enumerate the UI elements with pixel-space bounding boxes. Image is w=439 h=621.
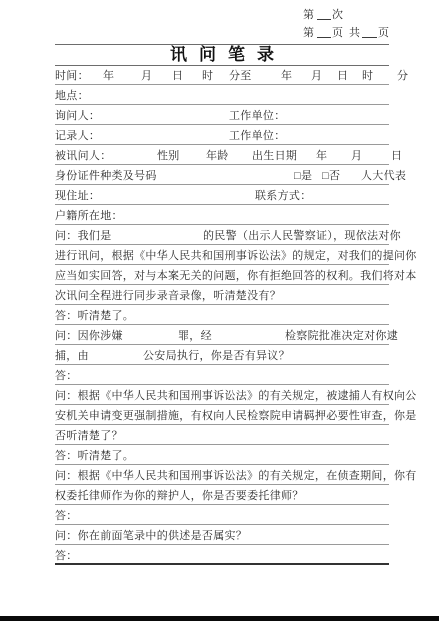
text-segment: 出生日期 <box>252 151 297 162</box>
field-label: 时间： <box>55 71 89 82</box>
question-2-line-1: 问：因你涉嫌罪，经检察院批准决定对你逮 <box>0 325 439 345</box>
text-segment: 分至 <box>229 71 252 82</box>
field-label: 现住址： <box>55 191 100 202</box>
text-segment: 日 <box>391 151 402 162</box>
field-label: 工作单位： <box>229 131 286 142</box>
recorder-row: 记录人：工作单位： <box>0 125 439 145</box>
page-count-line: 第页共页 <box>0 24 439 40</box>
question-1-line-3: 应当如实回答，对与本案无关的问题，你有拒绝回答的权利。我们将对本 <box>0 265 439 285</box>
question-3-line-1: 问：根据《中华人民共和国刑事诉讼法》的有关规定，被逮捕人有权向公 <box>0 385 439 405</box>
field-label: 记录人： <box>55 131 100 142</box>
document-title: 讯问笔录 <box>55 45 389 64</box>
text-segment: 问：根据《中华人民共和国刑事诉讼法》的有关规定，被逮捕人有权向公 <box>55 391 417 402</box>
question-2-line-2: 捕，由公安局执行，你是否有异议？ <box>0 345 439 365</box>
question-1-line-4: 次讯问全程进行同步录音录像，听清楚没有？ <box>0 285 439 305</box>
text-segment: 第 <box>303 28 314 39</box>
text-segment: 答：听清楚了。 <box>55 311 134 322</box>
screenshot-bottom-edge <box>0 616 439 621</box>
question-3-line-3: 否听清楚了？ <box>0 425 439 445</box>
text-segment: 年龄 <box>206 151 229 162</box>
text-segment: 次 <box>332 10 343 21</box>
text-segment: 问：你在前面笔录中的供述是否属实？ <box>55 531 247 542</box>
form-end-rule <box>55 563 389 565</box>
address-row: 现住址：联系方式： <box>0 185 439 205</box>
id-document-row: 身份证件种类及号码□是□否人大代表 <box>0 165 439 185</box>
question-1-line-2: 进行讯问，根据《中华人民共和国刑事诉讼法》的规定，对我们的提问你 <box>0 245 439 265</box>
text-segment: 第 <box>303 10 314 21</box>
field-label: 工作单位： <box>229 111 286 122</box>
text-segment: 捕，由 <box>55 351 89 362</box>
answer-3-row: 答：听清楚了。 <box>0 445 439 465</box>
text-segment: 页 <box>332 28 343 39</box>
text-segment: 月 <box>351 151 362 162</box>
text-segment: 日 <box>172 71 183 82</box>
field-label: 联系方式： <box>255 191 312 202</box>
text-segment: 权委托律师作为你的辩护人，你是否要委托律师？ <box>55 491 304 502</box>
question-4-line-1: 问：根据《中华人民共和国刑事诉讼法》的有关规定，在侦查期间，你有 <box>0 465 439 485</box>
text-segment: 的民警（出示人民警察证），现依法对你 <box>203 231 401 242</box>
text-segment: 月 <box>141 71 152 82</box>
text-segment: 否听清楚了？ <box>55 431 123 442</box>
text-segment: 人大代表 <box>361 171 406 182</box>
session-number-blank <box>317 18 331 20</box>
household-registration-row: 户籍所在地： <box>0 205 439 225</box>
text-segment: 安机关申请变更强制措施，有权向人民检察院申请羁押必要性审查，你是 <box>55 411 417 422</box>
text-segment: 检察院批准决定对你逮 <box>285 331 398 342</box>
text-segment: 答： <box>55 551 78 562</box>
time-row: 时间：年月日时分至年月日时分 <box>0 65 439 85</box>
text-segment: 日 <box>337 71 348 82</box>
interviewee-row: 被讯问人：性别年龄出生日期年月日 <box>0 145 439 165</box>
document-page: 第次第页共页 讯问笔录 时间：年月日时分至年月日时分地点：询问人：工作单位：记录… <box>0 0 439 621</box>
answer-1-row: 答：听清楚了。 <box>0 305 439 325</box>
text-segment: 公安局执行，你是否有异议？ <box>143 351 290 362</box>
text-segment: 答：听清楚了。 <box>55 451 134 462</box>
field-label: 户籍所在地： <box>55 211 123 222</box>
text-segment: 问：因你涉嫌 <box>55 331 123 342</box>
field-label: 身份证件种类及号码 <box>55 171 157 182</box>
question-4-line-2: 权委托律师作为你的辩护人，你是否要委托律师？ <box>0 485 439 505</box>
answer-5-row: 答： <box>0 545 439 565</box>
inquirer-row: 询问人：工作单位： <box>0 105 439 125</box>
text-segment: 时 <box>362 71 373 82</box>
text-segment: 月 <box>311 71 322 82</box>
text-segment: 共 <box>349 28 360 39</box>
text-segment: 答： <box>55 371 78 382</box>
session-count-line: 第次 <box>0 6 439 22</box>
text-segment: 分 <box>397 71 408 82</box>
page-number-blank <box>317 36 331 38</box>
text-segment: 次讯问全程进行同步录音录像，听清楚没有？ <box>55 291 281 302</box>
total-pages-blank <box>362 36 377 38</box>
field-label: 被讯问人： <box>55 151 112 162</box>
checkbox-yes[interactable]: □是 <box>294 171 312 182</box>
field-label: 询问人： <box>55 111 100 122</box>
text-segment: 性别 <box>157 151 180 162</box>
question-5-row: 问：你在前面笔录中的供述是否属实？ <box>0 525 439 545</box>
text-segment: 页 <box>378 28 389 39</box>
text-segment: 年 <box>281 71 292 82</box>
text-segment: 问：我们是 <box>55 231 112 242</box>
text-segment: 应当如实回答，对与本案无关的问题，你有拒绝回答的权利。我们将对本 <box>55 271 417 282</box>
question-3-line-2: 安机关申请变更强制措施，有权向人民检察院申请羁押必要性审查，你是 <box>0 405 439 425</box>
text-segment: 答： <box>55 511 78 522</box>
answer-4-row: 答： <box>0 505 439 525</box>
answer-2-row: 答： <box>0 365 439 385</box>
text-segment: 问：根据《中华人民共和国刑事诉讼法》的有关规定，在侦查期间，你有 <box>55 471 417 482</box>
text-segment: 罪，经 <box>178 331 212 342</box>
text-segment: 年 <box>103 71 114 82</box>
location-row: 地点： <box>0 85 439 105</box>
text-segment: 时 <box>202 71 213 82</box>
field-label: 地点： <box>55 91 89 102</box>
text-segment: 年 <box>316 151 327 162</box>
checkbox-no[interactable]: □否 <box>322 171 340 182</box>
text-segment: 进行讯问，根据《中华人民共和国刑事诉讼法》的规定，对我们的提问你 <box>55 251 417 262</box>
question-1-line-1: 问：我们是的民警（出示人民警察证），现依法对你 <box>0 225 439 245</box>
